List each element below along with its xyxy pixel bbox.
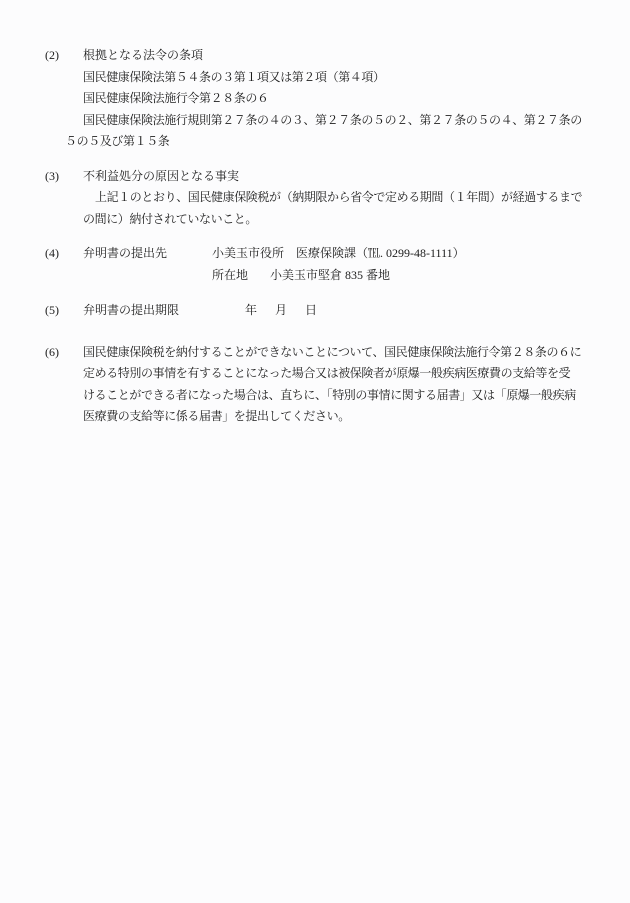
fact-line: 上記１のとおり、国民健康保険税が（納期限から省令で定める期間（１年間）が経過する…	[83, 187, 595, 209]
address-value: 小美玉市堅倉 835 番地	[270, 268, 390, 282]
notice-line: 定める特別の事情を有することになった場合又は被保険者が原爆一般疾病医療費の支給等…	[83, 363, 595, 385]
law-citation-line-continued: ５の５及び第１５条	[65, 131, 595, 153]
section-legal-basis: (2) 根拠となる法令の条項 国民健康保険法第５４条の３第１項又は第２項（第４項…	[45, 45, 595, 153]
section-disadvantage-facts: (3) 不利益処分の原因となる事実 上記１のとおり、国民健康保険税が（納期限から…	[45, 166, 595, 231]
law-citation-line: 国民健康保険法施行規則第２７条の４の３、第２７条の５の２、第２７条の５の４、第２…	[83, 110, 595, 132]
section-notice: (6) 国民健康保険税を納付することができないことについて、国民健康保険法施行令…	[45, 342, 595, 428]
section-submission-address: (4) 弁明書の提出先小美玉市役所 医療保険課（℡. 0299-48-1111）…	[45, 243, 595, 286]
item-marker-4: (4)	[45, 243, 59, 265]
submission-address-row: 弁明書の提出先小美玉市役所 医療保険課（℡. 0299-48-1111）	[83, 243, 595, 265]
law-citation-line: 国民健康保険法施行令第２８条の６	[83, 88, 595, 110]
item-marker-5: (5)	[45, 300, 59, 322]
document-page: (2) 根拠となる法令の条項 国民健康保険法第５４条の３第１項又は第２項（第４項…	[0, 0, 630, 903]
field-label-submission-address: 弁明書の提出先	[83, 243, 212, 265]
law-citation-line: 国民健康保険法第５４条の３第１項又は第２項（第４項）	[83, 67, 595, 89]
notice-line: けることができる者になった場合は、直ちに、「特別の事情に関する届書」又は「原爆一…	[83, 385, 595, 407]
item-marker-2: (2)	[45, 45, 59, 67]
office-location-row: 所在地小美玉市堅倉 835 番地	[83, 265, 595, 287]
section-legal-basis-title: 根拠となる法令の条項	[83, 45, 595, 67]
address-label: 所在地	[212, 265, 270, 287]
fact-line: の間に）納付されていないこと。	[83, 209, 595, 231]
section-disadvantage-facts-title: 不利益処分の原因となる事実	[83, 166, 595, 188]
field-label-submission-deadline: 弁明書の提出期限	[83, 300, 245, 322]
notice-line: 国民健康保険税を納付することができないことについて、国民健康保険法施行令第２８条…	[83, 342, 595, 364]
deadline-date-blank: 年 月 日	[245, 303, 320, 317]
section-submission-deadline: (5) 弁明書の提出期限年 月 日	[45, 300, 595, 322]
item-marker-6: (6)	[45, 342, 59, 364]
notice-line: 医療費の支給等に係る届書」を提出してください。	[83, 406, 595, 428]
office-value: 小美玉市役所 医療保険課（℡. 0299-48-1111）	[212, 246, 465, 260]
submission-deadline-row: 弁明書の提出期限年 月 日	[83, 300, 595, 322]
item-marker-3: (3)	[45, 166, 59, 188]
